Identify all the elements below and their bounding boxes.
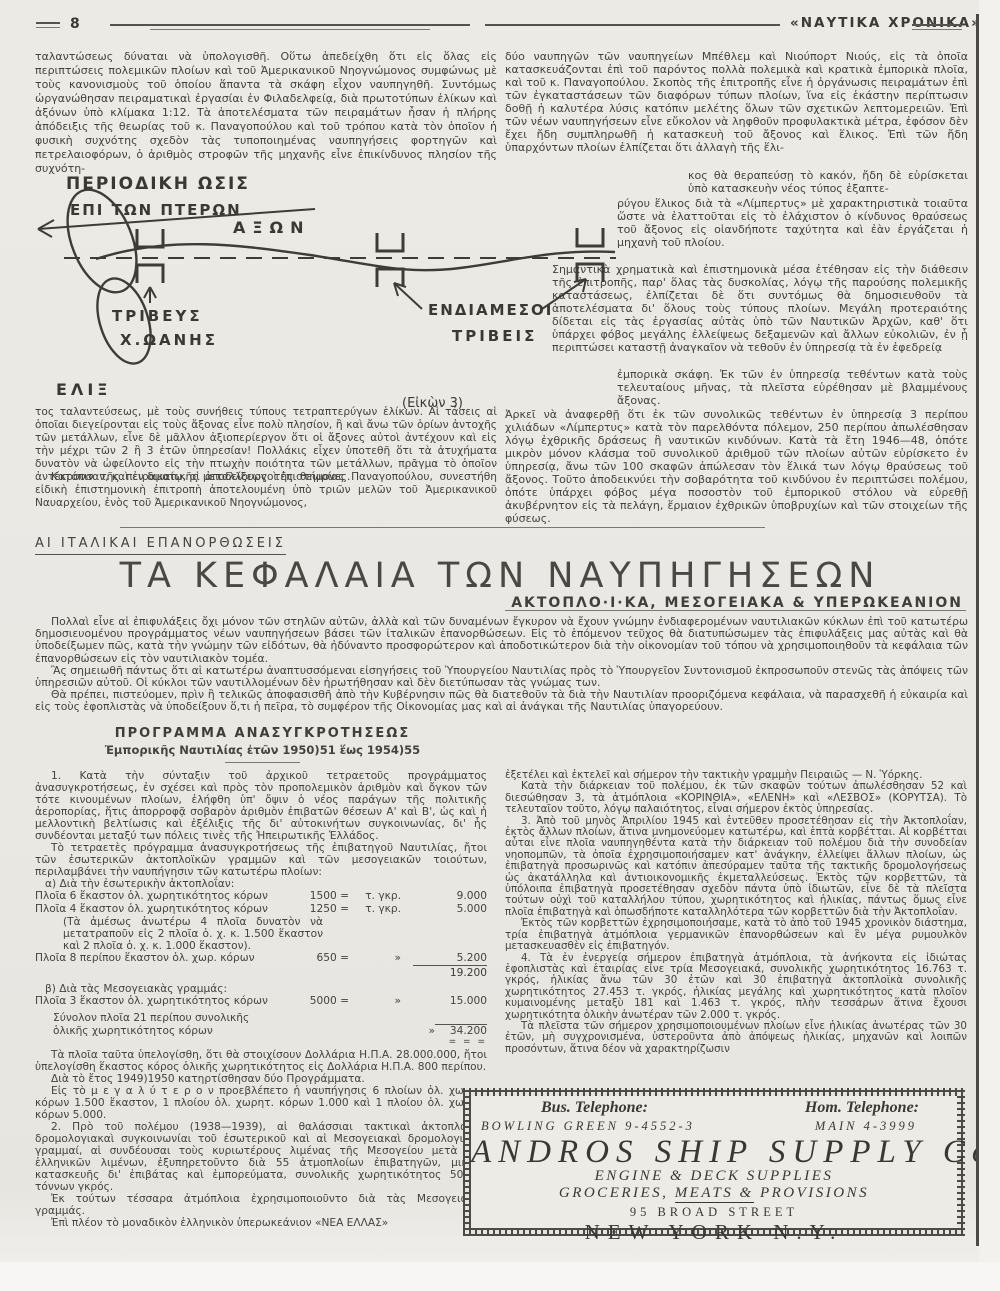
table-row: Πλοῖα 3 ἕκαστον ὁλ. χωρητικότητος κόρων … (35, 995, 487, 1008)
subtotal-row: 19.200 (35, 965, 487, 980)
figure-label-intermediate-1: ΕΝΔΙΑΜΕΣΟΙ (428, 301, 553, 319)
program-paragraph-1: 1. Κατὰ τὴν σύνταξιν τοῦ ἀρχικοῦ τετραετ… (35, 770, 487, 842)
subtotal-amount: 19.200 (413, 965, 487, 980)
header-rule-mid-3 (485, 24, 780, 26)
right-paragraph-4: Ἐκτὸς τῶν κορβεττῶν ἐχρησιμοποιήσαμε, κα… (505, 918, 967, 952)
row-unit: τ. γκρ. (349, 890, 401, 903)
article-left-top-paragraph: ταλαντώσεως δύναται νὰ ὑπολογισθῆ. Οὕτω … (35, 50, 497, 176)
section-intro: Πολλαὶ εἶνε αἱ ἐπιφυλάξεις ὄχι μόνον τῶν… (35, 616, 968, 714)
program-list-b-label: β) Διὰ τὰς Μεσογειακὰς γραμμάς: (35, 983, 487, 995)
program-paragraph-2: Τὸ τετραετὲς πρόγραμμα ἀνασυγκροτήσεως τ… (35, 842, 487, 878)
total-desc-line-2: ὁλικῆς χωρητικότητος κόρων (53, 1025, 213, 1037)
section-kicker: ΑΙ ΙΤΑΛΙΚΑΙ ΕΠΑΝΟΡΘΩΣΕΙΣ (35, 536, 286, 555)
total-amount: 34.200 (435, 1024, 487, 1038)
section-subtitle-wrap: ΑΚΤΟΠΛΟ·Ι·ΚΑ, ΜΕΣΟΓΕΙΑΚΑ & ΥΠΕΡΩΚΕΑΝΙΟΝ (505, 592, 963, 611)
ad-street-address: 95 BROAD STREET (471, 1205, 957, 1220)
magazine-page: 8 «ΝΑΥΤΙΚΑ ΧΡΟΝΙΚΑ» ταλαντώσεως δύναται … (0, 0, 1000, 1291)
header-rule-mid (110, 24, 470, 26)
ad-company-name: ANDROS SHIP SUPPLY Co (471, 1134, 957, 1171)
row-desc: Πλοῖα 4 ἕκαστον ὁλ. χωρητικότητος κόρων (35, 903, 287, 916)
row-qty: 650 = (287, 952, 349, 965)
article-right-paragraph-c: ρύγου ἕλικος διὰ τὰ «Λίμπερτυς» μὲ χαρακ… (617, 197, 968, 249)
ad-bus-telephone-label: Bus. Telephone: (541, 1099, 648, 1117)
row-amount: 9.000 (401, 890, 487, 903)
article-right-paragraph-a: δύο ναυπηγῶν τῶν ναυπηγείων Μπέθλεμ καὶ … (505, 50, 968, 154)
program-table-note: (Τὰ ἀμέσως ἀνωτέρω 4 πλοῖα δυνατὸν νὰ με… (35, 916, 323, 952)
program-paragraph-6: 2. Πρὸ τοῦ πολέμου (1938—1939), αἱ θαλάσ… (35, 1121, 487, 1193)
page-number: 8 (70, 16, 80, 32)
ad-bus-telephone-number: BOWLING GREEN 9-4552-3 (481, 1119, 695, 1134)
section-title-wrap: ΤΑ ΚΕΦΑΛΑΙΑ ΤΩΝ ΝΑΥΠΗΓΗΣΕΩΝ (0, 556, 1000, 596)
header-rule-left (36, 22, 60, 24)
right-paragraph-2: Κατὰ τὴν διάρκειαν τοῦ πολέμου, ἐκ τῶν σ… (505, 781, 967, 815)
header-rule-right-2 (912, 29, 962, 30)
row-qty: 5000 = (287, 995, 349, 1008)
ad-meats-word-underlined: MEATS & (675, 1185, 754, 1203)
row-unit: τ. γκρ. (349, 903, 401, 916)
row-unit: » (349, 995, 401, 1008)
scan-right-margin (979, 0, 1000, 1291)
total-unit: » (383, 1025, 435, 1038)
program-left-column: 1. Κατὰ τὴν σύνταξιν τοῦ ἀρχικοῦ τετραετ… (35, 770, 487, 1229)
program-list-a-label: α) Διὰ τὴν ἐσωτερικὴν ἀκτοπλοΐαν: (35, 878, 487, 890)
row-qty: 1500 = (287, 890, 349, 903)
program-paragraph-8: Ἐπὶ πλέον τὸ μοναδικὸν ἑλληνικὸν ὑπερωκε… (35, 1217, 487, 1229)
total-desc: Σύνολον πλοῖα 21 περίπου συνολικῆς ὁλικῆ… (35, 1012, 383, 1038)
total-rule-glyphs: = = = (449, 1038, 487, 1046)
intermediate-bearing-1 (377, 233, 403, 287)
intermediate-pointer-right (542, 279, 586, 309)
program-heading: ΠΡΟΓΡΑΜΜΑ ΑΝΑΣΥΓΚΡΟΤΗΣΕΩΣ (35, 726, 490, 741)
table-row: Πλοῖα 6 ἕκαστον ὁλ. χωρητικότητος κόρων … (35, 890, 487, 903)
program-paragraph-4: Διὰ τὸ ἔτος 1949)1950 κατηρτίσθησαν δύο … (35, 1073, 487, 1085)
ad-telephone-numbers: BOWLING GREEN 9-4552-3 MAIN 4-3999 (471, 1117, 957, 1134)
program-paragraph-3: Τὰ πλοῖα ταῦτα ὑπελογίσθη, ὅτι θὰ στοιχί… (35, 1049, 487, 1073)
scan-bottom-margin (0, 1262, 1000, 1291)
ad-groceries-line: GROCERIES, MEATS & PROVISIONS (471, 1185, 957, 1202)
figure-label-intermediate-2: ΤΡΙΒΕΙΣ (452, 327, 537, 345)
total-row: Σύνολον πλοῖα 21 περίπου συνολικῆς ὁλικῆ… (35, 1012, 487, 1038)
program-heading-rule (225, 762, 300, 763)
intermediate-bearing-2 (577, 228, 603, 282)
total-desc-line-1: Σύνολον πλοῖα 21 περίπου συνολικῆς (53, 1012, 249, 1024)
ad-provisions-word: PROVISIONS (760, 1185, 869, 1201)
article-right-paragraph-b: κος θὰ θεραπεύσῃ τὸ κακόν, ἤδη δὲ εὑρίσκ… (688, 169, 968, 195)
figure-label-stern-bearing-2: Χ.ΩΑΝΗΣ (120, 331, 218, 349)
program-right-column: ἐξετέλει καὶ ἐκτελεῖ καὶ σήμερον τὴν τακ… (505, 770, 967, 1055)
article-left-below-figure-2: Κατόπιν τῆς πειραματικῆς ἀποδείξεως τῆς … (35, 471, 497, 510)
header-rule-left-2 (36, 27, 60, 28)
ad-city-line: NEW YORK N.Y. (471, 1220, 957, 1245)
program-heading-block: ΠΡΟΓΡΑΜΜΑ ΑΝΑΣΥΓΚΡΟΤΗΣΕΩΣ Ἐμπορικῆς Ναυτ… (35, 726, 490, 757)
andros-ship-supply-ad: Bus. Telephone: Hom. Telephone: BOWLING … (463, 1088, 965, 1236)
ad-hom-telephone-number: MAIN 4-3999 (815, 1119, 917, 1134)
table-row: Πλοῖα 4 ἕκαστον ὁλ. χωρητικότητος κόρων … (35, 903, 487, 916)
program-paragraph-7: Ἐκ τούτων τέσσαρα ἀτμόπλοια ἐχρησιμοποιο… (35, 1193, 487, 1217)
article-right-paragraph-e: ἐμπορικὰ σκάφη. Ἐκ τῶν ἐν ὑπηρεσίᾳ τεθέν… (617, 368, 968, 407)
figure-label-stern-bearing-1: ΤΡΙΒΕΥΣ (112, 307, 203, 325)
ad-telephone-labels: Bus. Telephone: Hom. Telephone: (471, 1096, 957, 1117)
row-desc: Πλοῖα 3 ἕκαστον ὁλ. χωρητικότητος κόρων (35, 995, 287, 1008)
subtitle-underline (505, 610, 966, 611)
table-row: Πλοῖα 8 περίπου ἕκαστον ὁλ. χωρ. κόρων 6… (35, 952, 487, 965)
program-paragraph-5: Εἰς τὸ μ ε γ α λ ύ τ ε ρ ο ν προεβλέπετο… (35, 1085, 487, 1121)
row-amount: 5.200 (401, 952, 487, 965)
stern-tube-bearing (137, 229, 163, 283)
shaft-vibration-diagram: ΠΕΡΙΟΔΙΚΗ ΩΣΙΣ ΕΠΙ ΤΩΝ ΠΤΕΡΩΝ ΑΞΩΝ ΤΡΙΒΕ… (30, 163, 620, 423)
section-title: ΤΑ ΚΕΦΑΛΑΙΑ ΤΩΝ ΝΑΥΠΗΓΗΣΕΩΝ (120, 556, 881, 596)
row-desc: Πλοῖα 6 ἕκαστον ὁλ. χωρητικότητος κόρων (35, 890, 287, 903)
figure-label-propeller: ΕΛΙΞ (56, 380, 111, 399)
intermediate-pointer-left (394, 283, 422, 309)
row-unit: » (349, 952, 401, 965)
row-qty: 1250 = (287, 903, 349, 916)
total-double-rule: = = = (35, 1038, 487, 1046)
ad-inner-panel: Bus. Telephone: Hom. Telephone: BOWLING … (471, 1096, 957, 1228)
scan-page-edge-line (976, 14, 979, 1246)
right-paragraph-6: Τὰ πλεῖστα τῶν σήμερον χρησιμοποιουμένων… (505, 1021, 967, 1055)
right-paragraph-3: 3. Ἀπὸ τοῦ μηνὸς Ἀπριλίου 1945 καὶ ἐντεῦ… (505, 816, 967, 919)
section-divider-rule (120, 527, 765, 528)
ad-hom-telephone-label: Hom. Telephone: (805, 1099, 919, 1117)
row-amount: 15.000 (401, 995, 487, 1008)
row-desc: Πλοῖα 8 περίπου ἕκαστον ὁλ. χωρ. κόρων (35, 952, 287, 965)
intro-paragraph-3: Θὰ πρέπει, πιστεύομεν, πρὶν ἢ τελικῶς ἀπ… (35, 689, 968, 713)
intro-paragraph-1: Πολλαὶ εἶνε αἱ ἐπιφυλάξεις ὄχι μόνον τῶν… (35, 616, 968, 665)
program-subheading: Ἐμπορικῆς Ναυτιλίας ἐτῶν 1950)51 ἕως 195… (35, 743, 490, 757)
header-rule-right (912, 24, 962, 26)
header-rule-mid-2 (150, 29, 430, 30)
ad-groceries-word: GROCERIES, (559, 1185, 669, 1201)
article-right-paragraph-f: Ἀρκεῖ νὰ ἀναφερθῇ ὅτι ἐκ τῶν συνολικῶς τ… (505, 408, 968, 525)
row-amount: 5.000 (401, 903, 487, 916)
figure-label-shaft: ΑΞΩΝ (233, 218, 310, 237)
right-paragraph-5: 4. Τὰ ἐν ἐνεργείᾳ σήμερον ἐπιβατηγὰ ἀτμό… (505, 953, 967, 1021)
intro-paragraph-2: Ἂς σημειωθῆ πάντως ὅτι αἱ κατωτέρω ἀναπτ… (35, 665, 968, 689)
section-subtitle: ΑΚΤΟΠΛΟ·Ι·ΚΑ, ΜΕΣΟΓΕΙΑΚΑ & ΥΠΕΡΩΚΕΑΝΙΟΝ (511, 595, 963, 611)
